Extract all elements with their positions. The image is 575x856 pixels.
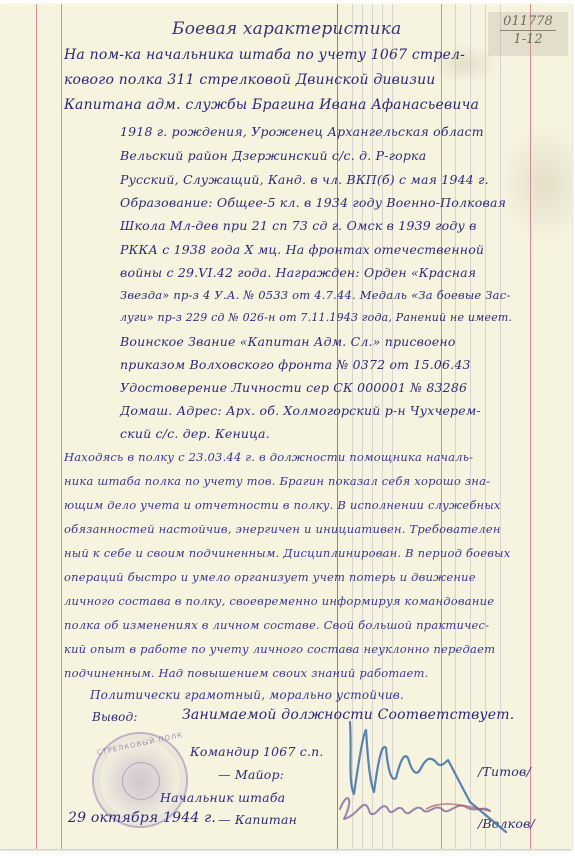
bio-line: луги» пр-з 229 сд № 026-н от 7.11.1943 г… — [120, 311, 512, 324]
bio-line: Вельский район Дзержинский с/с. д. Р-гор… — [120, 148, 426, 163]
bio-line: Образование: Общее-5 кл. в 1934 году Вое… — [120, 195, 506, 210]
body-line: полка об изменениях в личном составе. Св… — [64, 618, 489, 632]
margin-rule — [36, 4, 37, 849]
stamp-text: СТРЕЛКОВЫЙ ПОЛК — [94, 731, 186, 758]
bio-line: Звезда» пр-з 4 У.А. № 0533 от 4.7.44. Ме… — [120, 288, 510, 302]
bio-line: РККА с 1938 года X мц. На фронтах отечес… — [120, 242, 484, 257]
chief-signature — [330, 779, 520, 839]
commander-title: Командир 1067 с.п. — [190, 744, 324, 759]
header-line: кового полка 311 стрелковой Двинской див… — [64, 72, 436, 88]
archive-sheet: 1-12 — [488, 32, 568, 47]
document-title: Боевая характеристика — [172, 19, 401, 39]
archive-number: 011778 — [500, 14, 556, 31]
emblem-icon — [122, 762, 160, 800]
bio-line: приказом Волховского фронта № 0372 от 15… — [120, 357, 471, 372]
chief-rank: — Капитан — [218, 812, 297, 827]
body-line: ника штаба полка по учету тов. Брагин по… — [64, 474, 490, 488]
chief-title: Начальник штаба — [160, 790, 285, 805]
body-line: личного состава в полку, своевременно ин… — [64, 594, 494, 608]
body-line: ющим дело учета и отчетности в полку. В … — [64, 498, 501, 512]
body-line: обязанностей настойчив, энергичен и иниц… — [64, 522, 501, 536]
archive-mark: 011778 1-12 — [488, 12, 568, 56]
body-line: операций быстро и умело организует учет … — [64, 570, 476, 584]
document-page: 011778 1-12 Боевая характеристика На пом… — [0, 4, 572, 849]
body-line: кий опыт в работе по учету личного соста… — [64, 642, 495, 656]
document-date: 29 октября 1944 г. — [68, 810, 216, 826]
bio-line: Домаш. Адрес: Арх. об. Холмогорский р-н … — [120, 403, 481, 418]
paper-stain — [500, 124, 572, 244]
commander-rank: — Майор: — [218, 767, 284, 782]
bio-line: Воинское Звание «Капитан Адм. Сл.» присв… — [120, 334, 456, 349]
header-line: На пом-ка начальника штаба по учету 1067… — [64, 47, 465, 63]
bio-line: 1918 г. рождения, Уроженец Архангельская… — [120, 124, 484, 139]
body-line: Находясь в полку с 23.03.44 г. в должнос… — [64, 450, 473, 464]
bio-line: Русский, Служащий, Канд. в чл. ВКП(б) с … — [120, 172, 489, 187]
bio-line: ский с/с. дер. Кеница. — [120, 426, 270, 441]
body-line: подчиненным. Над повышением своих знаний… — [64, 666, 428, 680]
body-line: Политически грамотный, морально устойчив… — [90, 688, 404, 702]
body-line: ный к себе и своим подчиненным. Дисципли… — [64, 546, 510, 560]
conclusion-label: Вывод: — [92, 710, 138, 724]
bio-line: Удостоверение Личности сер СК 000001 № 8… — [120, 380, 467, 395]
margin-rule — [61, 4, 62, 849]
header-line: Капитана адм. службы Брагина Ивана Афана… — [64, 97, 479, 113]
bio-line: Школа Мл-дев при 21 сп 73 сд г. Омск в 1… — [120, 218, 477, 233]
bio-line: войны с 29.VI.42 года. Награжден: Орден … — [120, 265, 476, 280]
